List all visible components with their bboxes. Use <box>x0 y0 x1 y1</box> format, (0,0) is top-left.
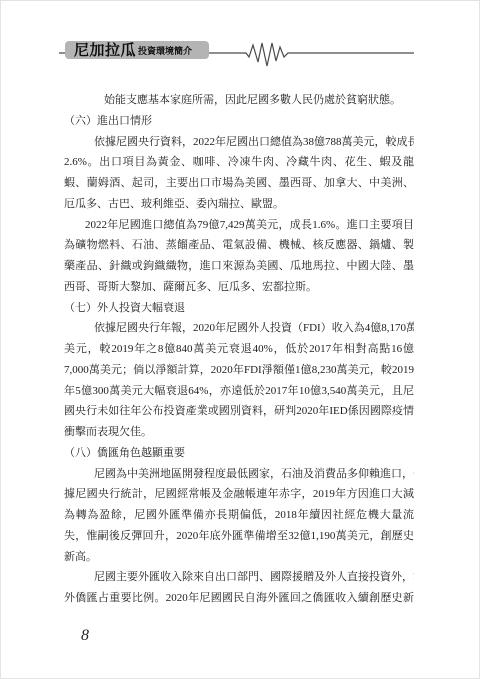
header-title-main: 尼加拉瓜 <box>74 43 136 58</box>
body-text-block: 始能支應基本家庭所需，因此尼國多數人民仍處於貧窮狀態。 （六）進出口情形 依據尼… <box>64 90 414 609</box>
text-line: 始能支應基本家庭所需，因此尼國多數人民仍處於貧窮狀態。 <box>64 90 414 111</box>
text-line: 美元，較2019年之8億840萬美元衰退40%，低於2017年相對高點16億 <box>64 339 414 360</box>
text-line: 尼國主要外匯收入除來自出口部門、國際援贈及外人直接投資外，海 <box>64 567 414 588</box>
text-line: 7,000萬美元；倘以淨額計算，2020年FDI淨額僅1億8,230萬美元，較2… <box>64 360 414 381</box>
text-line: 厄瓜多、古巴、玻利維亞、委內瑞拉、歐盟。 <box>64 194 414 215</box>
header-title-sub: 投資環境簡介 <box>138 44 192 56</box>
text-line: 藥產品、針織或鉤織織物，進口來源為美國、瓜地馬拉、中國大陸、墨 <box>64 256 414 277</box>
section-heading-6: （六）進出口情形 <box>64 111 414 132</box>
text-line: 依據尼國央行資料，2022年尼國出口總值為38億788萬美元，較成長 <box>64 132 414 153</box>
document-page: 尼加拉瓜 投資環境簡介 始能支應基本家庭所需，因此尼國多數人民仍處於貧窮狀態。 … <box>0 0 480 679</box>
text-line: 國央行未如往年公布投資產業或國別資料，研判2020年IED係因國際疫情 <box>64 401 414 422</box>
text-line: 蝦、蘭姆酒、起司，主要出口市場為美國、墨西哥、加拿大、中美洲、 <box>64 173 414 194</box>
text-line: 西哥、哥斯大黎加、薩爾瓦多、厄瓜多、宏都拉斯。 <box>64 277 414 298</box>
text-line: 2022年尼國進口總值為79億7,429萬美元，成長1.6%。進口主要項目 <box>64 215 414 236</box>
section-heading-7: （七）外人投資大幅衰退 <box>64 298 414 319</box>
text-line: 新高。 <box>64 547 414 568</box>
text-line: 失，惟嗣後反彈回升，2020年底外匯準備增至32億1,190萬美元，創歷史 <box>64 526 414 547</box>
text-line: 衝擊而表現欠佳。 <box>64 422 414 443</box>
text-line: 據尼國央行統計，尼國經常帳及金融帳連年赤字，2019年方因進口大減 <box>64 484 414 505</box>
text-line: 為礦物燃料、石油、蒸餾產品、電氣設備、機械、核反應器、鍋爐、製 <box>64 235 414 256</box>
text-line: 年5億300萬美元大幅衰退64%，亦遠低於2017年10億3,540萬美元，且尼 <box>64 381 414 402</box>
text-line: 外僑匯占重要比例。2020年尼國國民自海外匯回之僑匯收入續創歷史新 <box>64 588 414 609</box>
text-line: 尼國為中美洲地區開發程度最低國家，石油及消費品多仰賴進口，依 <box>64 464 414 485</box>
text-line: 依據尼國央行年報，2020年尼國外人投資（FDI）收入為4億8,170萬 <box>64 318 414 339</box>
header-title-bar: 尼加拉瓜 投資環境簡介 <box>65 41 209 59</box>
text-line: 為轉為盈餘，尼國外匯準備亦長期偏低，2018年續因社經危機大量流 <box>64 505 414 526</box>
text-line: 2.6%。出口項目為黃金、咖啡、冷凍牛肉、冷藏牛肉、花生、蝦及龍 <box>64 152 414 173</box>
page-number: 8 <box>81 627 89 645</box>
section-heading-8: （八）僑匯角色越顯重要 <box>64 443 414 464</box>
